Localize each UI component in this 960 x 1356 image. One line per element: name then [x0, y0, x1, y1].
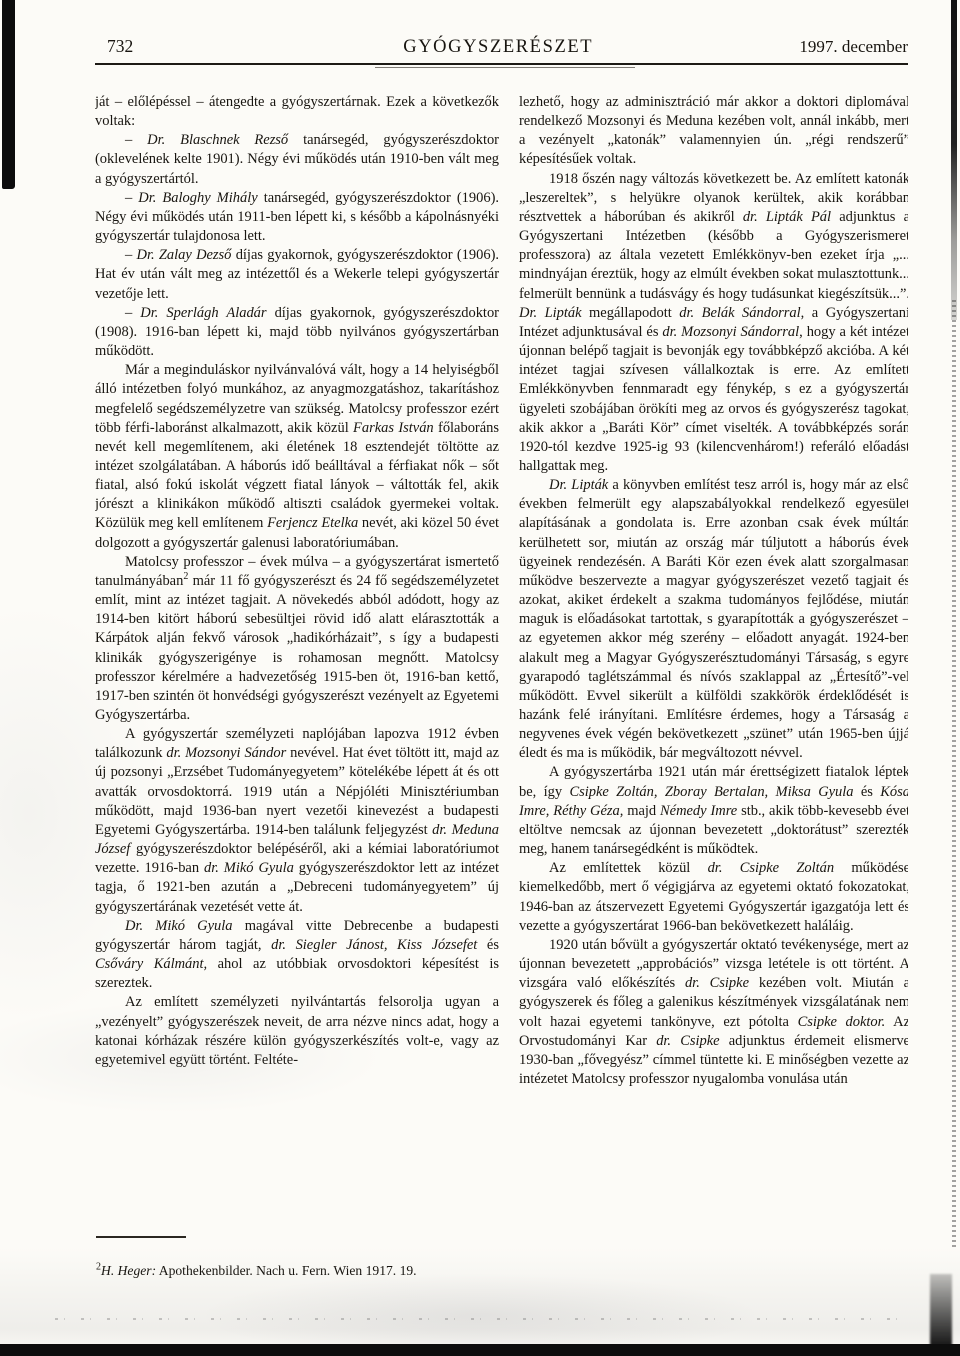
text-run: a könyvben említést tesz arról is, hogy … — [519, 477, 908, 761]
text-run: ját – előlépéssel – átengedte a gyógysze… — [95, 94, 499, 129]
scan-artifact-left-bar — [2, 0, 15, 189]
scan-artifact-bottom-right-blob — [930, 1274, 952, 1346]
italic-name: dr. Csipke Zoltán — [708, 860, 835, 876]
paragraph: – Dr. Sperlágh Aladár díjas gyakornok, g… — [95, 304, 499, 361]
italic-name: dr. Mozsonyi Sándorral — [662, 324, 799, 340]
italic-name: dr. Siegler Jánost, Kiss Józsefet — [271, 937, 477, 953]
paragraph: A gyógyszertárba 1921 után már érettségi… — [519, 763, 908, 859]
text-run: és — [477, 937, 499, 953]
italic-name: Dr. Sperlágh Aladár — [140, 305, 266, 321]
italic-name: dr. Belák Sándorral — [679, 305, 800, 321]
footnote-rule — [96, 1236, 186, 1238]
italic-name: Csőváry Kálmánt, — [95, 956, 207, 972]
text-run: , hogy a két intézet újonnan belépő tagj… — [519, 324, 908, 474]
header-rule-sub — [375, 67, 635, 68]
paragraph: – Dr. Zalay Dezső díjas gyakornok, gyógy… — [95, 246, 499, 303]
italic-name: dr. Lipták Pál — [743, 209, 831, 225]
italic-name: dr. Csipke — [685, 975, 749, 991]
italic-name: Farkas István — [353, 420, 434, 436]
italic-name: dr. Mozsonyi Sándor — [166, 745, 286, 761]
text-run: majd — [623, 803, 660, 819]
text-column-left: ját – előlépéssel – átengedte a gyógysze… — [95, 93, 499, 1217]
italic-name: Dr. Lipták — [519, 305, 582, 321]
text-run: Az említett személyzeti nyilvántartás fe… — [95, 994, 499, 1067]
paragraph: lezhető, hogy az adminisztráció már akko… — [519, 93, 908, 170]
paragraph: Az említett személyzeti nyilvántartás fe… — [95, 993, 499, 1070]
paragraph: 1918 őszén nagy változás következett be.… — [519, 170, 908, 477]
paragraph: 1920 után bővült a gyógyszertár oktató t… — [519, 936, 908, 1089]
text-run: Apothekenbilder. Nach u. Fern. Wien 1917… — [156, 1263, 416, 1278]
header-rule-main — [95, 63, 908, 65]
italic-name: dr. Mikó Gyula — [204, 860, 294, 876]
scan-artifact-speckle-line — [55, 1318, 905, 1320]
italic-name: Csipke Zoltán, Zboray Bertalan, Miksa Gy… — [569, 784, 853, 800]
italic-name: Dr. Zalay Dezső — [137, 247, 232, 263]
paragraph: ját – előlépéssel – átengedte a gyógysze… — [95, 93, 499, 131]
text-run: megállapodott — [582, 305, 680, 321]
page-header: 732 GYÓGYSZERÉSZET 1997. december — [95, 36, 908, 58]
italic-name: Csipke doktor. — [798, 1014, 886, 1030]
italic-name: Némedy Imre — [660, 803, 737, 819]
italic-name: Dr. Mikó Gyula — [125, 918, 233, 934]
italic-name: Dr. Baloghy Mihály — [138, 190, 257, 206]
page-number: 732 — [107, 36, 197, 57]
text-run: lezhető, hogy az adminisztráció már akko… — [519, 94, 908, 167]
italic-name: Dr. Lipták — [549, 477, 608, 493]
text-run: és — [854, 784, 881, 800]
paragraph: – Dr. Baloghy Mihály tanársegéd, gyógysz… — [95, 189, 499, 246]
issue-date: 1997. december — [799, 37, 908, 57]
paragraph: A gyógyszertár személyzeti naplójában la… — [95, 725, 499, 917]
footnote: 2H. Heger: Apothekenbilder. Nach u. Fern… — [96, 1248, 500, 1292]
text-column-right: lezhető, hogy az adminisztráció már akko… — [519, 93, 908, 1217]
italic-name: Ferjencz Etelka — [267, 515, 358, 531]
text-run: már 11 fő gyógyszerészt és 24 fő segédsz… — [95, 573, 499, 723]
text-run: Az említettek közül — [549, 860, 708, 876]
text-run: – — [125, 190, 138, 206]
paragraph: 2H. Heger: Apothekenbilder. Nach u. Fern… — [96, 1262, 500, 1279]
journal-title: GYÓGYSZERÉSZET — [197, 37, 799, 58]
text-run: – — [125, 132, 147, 148]
italic-name: Dr. Blaschnek Rezső — [147, 132, 288, 148]
header-rule — [95, 63, 908, 68]
scan-artifact-right-speckle — [952, 300, 956, 1250]
text-run: – — [125, 247, 137, 263]
paragraph: – Dr. Blaschnek Rezső tanársegéd, gyógys… — [95, 131, 499, 188]
italic-name: H. Heger: — [101, 1263, 156, 1278]
text-run: – — [125, 305, 140, 321]
paragraph: Dr. Lipták a könyvben említést tesz arró… — [519, 476, 908, 763]
paragraph: Dr. Mikó Gyula magával vitte Debrecenbe … — [95, 917, 499, 994]
scan-artifact-right-strip — [951, 0, 957, 320]
paragraph: Az említettek közül dr. Csipke Zoltán mű… — [519, 859, 908, 936]
scan-artifact-bottom-band — [0, 1344, 960, 1356]
article-body: ját – előlépéssel – átengedte a gyógysze… — [95, 93, 908, 1217]
paragraph: Már a meginduláskor nyilvánvalóvá vált, … — [95, 361, 499, 553]
paragraph: Matolcsy professzor – évek múlva – a gyó… — [95, 553, 499, 725]
italic-name: dr. Csipke — [656, 1033, 719, 1049]
